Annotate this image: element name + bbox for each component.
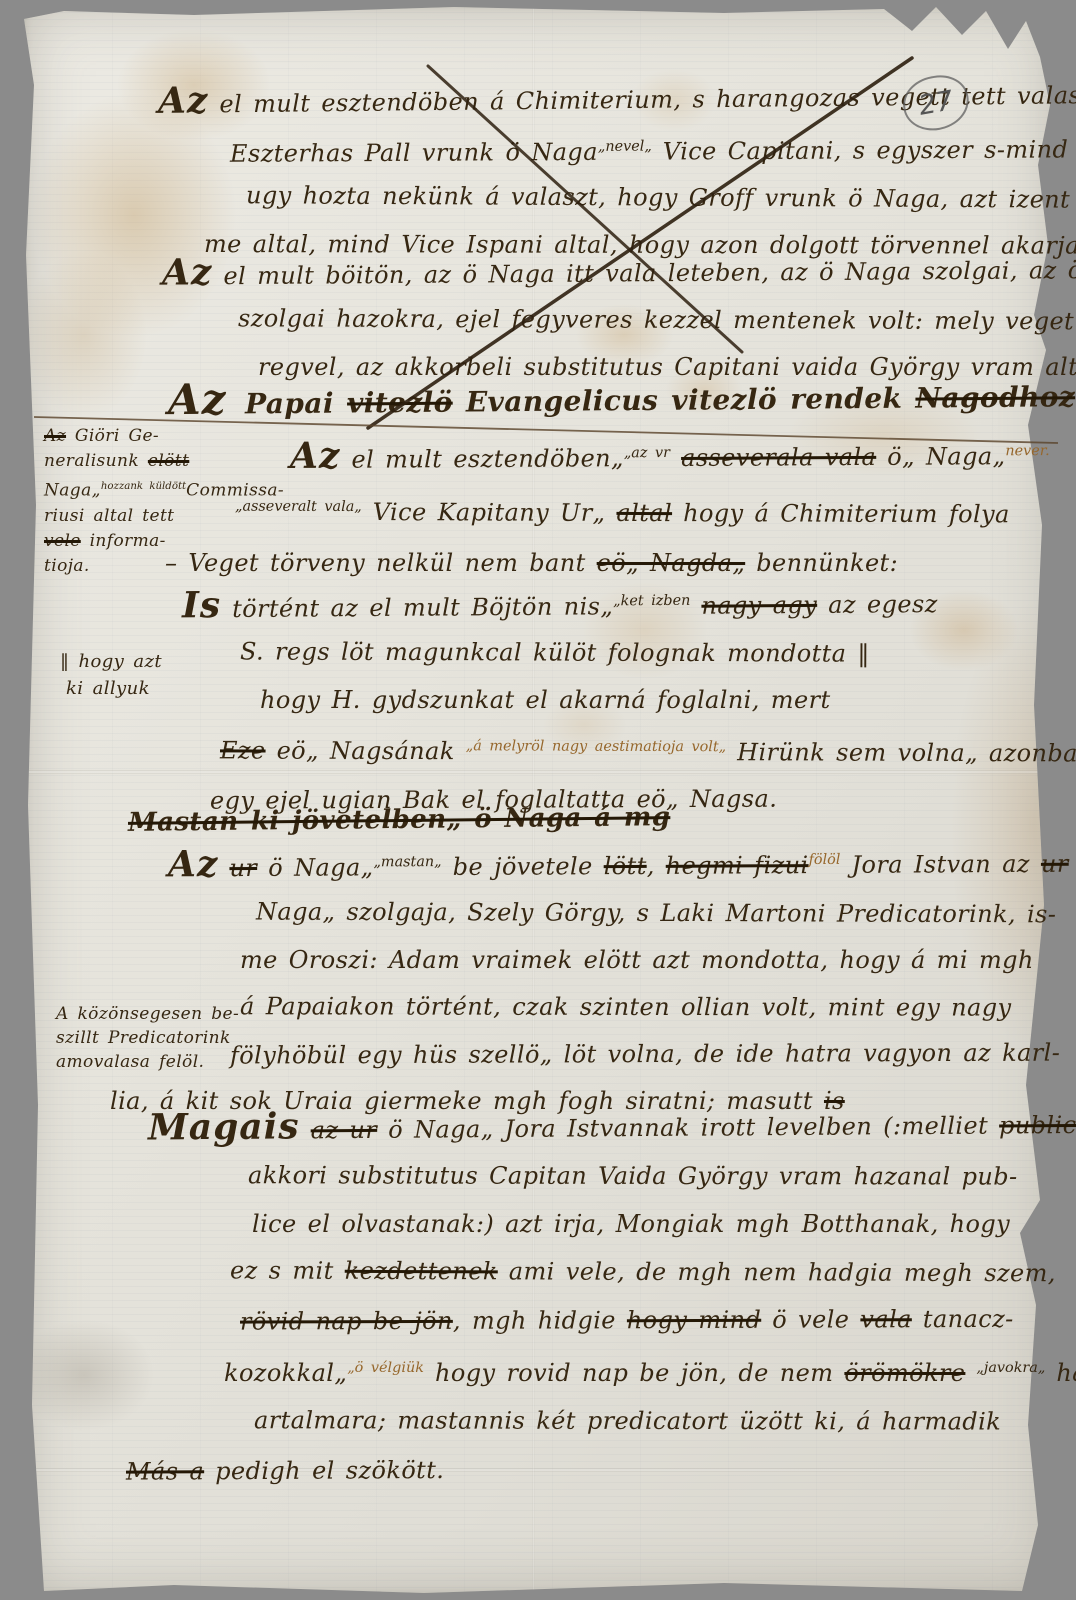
page-number: 27 [916, 85, 955, 121]
line-cancelled-mastan: Mastan ki jövetelben„ ö Naga á mg [128, 798, 670, 842]
paragraph-bojton-foglalas: Is történt az el mult Böjtön nis„„ket iz… [182, 578, 1076, 823]
heading-papai-rendek: Az Papai vitezlö Evangelicus vitezlö ren… [168, 374, 1076, 423]
margin-note-predicatorink: A közönsegesen be-szillt Predicatorinkam… [56, 1002, 239, 1074]
paragraph-asseveralt: Az el mult esztendöben„„az vr asseverala… [235, 428, 1050, 588]
handwritten-text-layer: Az el mult esztendöben á Chimiterium, s … [0, 0, 1076, 1600]
paragraph-jora-istvan: Az ur ö Naga„„mastan„ be jövetele lött, … [168, 838, 1076, 1125]
scan-background: Az el mult esztendöben á Chimiterium, s … [0, 0, 1076, 1600]
margin-note-ki-allyuk: ‖ hogy aztki allyuk [60, 648, 162, 702]
paragraph-bojton-incident: Az el mult böitön, az ö Naga itt vala le… [162, 246, 1076, 391]
paragraph-magais-level: Magais az ur ö Naga„ Jora Istvannak irot… [148, 1100, 1076, 1493]
